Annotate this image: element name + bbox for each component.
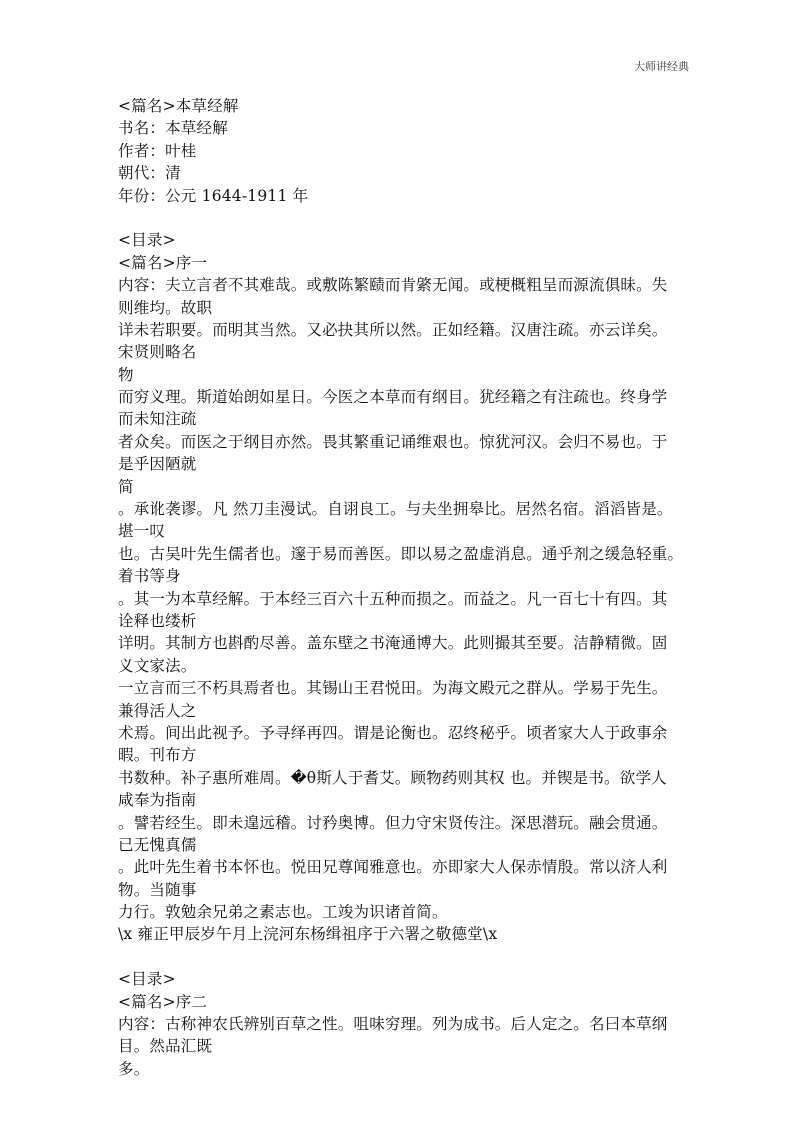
- spacer: [118, 946, 683, 968]
- text-line: 着书等身: [118, 565, 683, 587]
- text-line: 而未知注疏: [118, 408, 683, 430]
- text-line: 一立言而三不朽具焉者也。其锡山王君悦田。为海文殿元之群从。学易于先生。: [118, 677, 683, 699]
- text-line: 。此叶先生着书本怀也。悦田兄尊闻雅意也。亦即家大人保赤情殷。常以济人利: [118, 856, 683, 878]
- text-line: 已无愧真儒: [118, 834, 683, 856]
- text-line: 。譬若经生。即未遑远稽。讨矜奥博。但力守宋贤传注。深思潜玩。融会贯通。: [118, 812, 683, 834]
- meta-line: <篇名>本草经解: [118, 95, 683, 117]
- text-line: 书数种。补子惠所难周。�θ斯人于耆艾。顾物药则其权 也。并锲是书。欲学人: [118, 767, 683, 789]
- text-line: 简: [118, 476, 683, 498]
- text-line: 宋贤则略名: [118, 341, 683, 363]
- text-line: 而穷义理。斯道始朗如星日。今医之本草而有纲目。犹经籍之有注疏也。终身学: [118, 386, 683, 408]
- text-line: 兼得活人之: [118, 700, 683, 722]
- text-line: <目录>: [118, 229, 683, 251]
- text-line: 目。然品汇既: [118, 1035, 683, 1057]
- text-line: 内容：古称神农氏辨别百草之性。咀味穷理。列为成书。后人定之。名曰本草纲: [118, 1013, 683, 1035]
- text-line: 也。古吴叶先生儒者也。邃于易而善医。即以易之盈虚消息。通乎剂之缓急轻重。: [118, 543, 683, 565]
- page-header: 大师讲经典: [634, 58, 689, 74]
- text-line: 则维均。故职: [118, 297, 683, 319]
- text-line: 力行。敦勉余兄弟之素志也。工竣为识诸首简。: [118, 901, 683, 923]
- text-line: 内容：夫立言者不其难哉。或敷陈繁赜而肯綮无闻。或梗概粗呈而源流俱昧。失: [118, 274, 683, 296]
- spacer: [118, 207, 683, 229]
- text-line: 诠释也缕析: [118, 610, 683, 632]
- text-line: 物: [118, 364, 683, 386]
- book-metadata: <篇名>本草经解 书名：本草经解 作者：叶桂 朝代：清 年份：公元 1644-1…: [118, 95, 683, 207]
- document-body: <篇名>本草经解 书名：本草经解 作者：叶桂 朝代：清 年份：公元 1644-1…: [118, 95, 683, 1080]
- text-line: 暇。刊布方: [118, 744, 683, 766]
- meta-line: 作者：叶桂: [118, 140, 683, 162]
- text-line: 多。: [118, 1058, 683, 1080]
- text-line: 。其一为本草经解。于本经三百六十五种而损之。而益之。凡一百七十有四。其: [118, 588, 683, 610]
- preface-one: <目录><篇名>序一内容：夫立言者不其难哉。或敷陈繁赜而肯綮无闻。或梗概粗呈而源…: [118, 229, 683, 946]
- text-line: 咸奉为指南: [118, 789, 683, 811]
- meta-line: 年份：公元 1644-1911 年: [118, 185, 683, 207]
- text-line: 详未若职要。而明其当然。又必抉其所以然。正如经籍。汉唐注疏。亦云详矣。: [118, 319, 683, 341]
- meta-line: 朝代：清: [118, 162, 683, 184]
- text-line: 术焉。间出此视予。予寻绎再四。谓是论衡也。忍终秘乎。顷者家大人于政事余: [118, 722, 683, 744]
- text-line: <目录>: [118, 968, 683, 990]
- text-line: 堪一叹: [118, 520, 683, 542]
- text-line: 物。当随事: [118, 879, 683, 901]
- text-line: \x 雍正甲辰岁午月上浣河东杨缉祖序于六署之敬德堂\x: [118, 923, 683, 945]
- text-line: 义文家法。: [118, 655, 683, 677]
- text-line: 。承讹袭谬。凡 然刀圭漫试。自诩良工。与夫坐拥皋比。居然名宿。滔滔皆是。: [118, 498, 683, 520]
- text-line: 详明。其制方也斟酌尽善。盖东壁之书淹通博大。此则撮其至要。洁静精微。固: [118, 632, 683, 654]
- text-line: <篇名>序一: [118, 252, 683, 274]
- meta-line: 书名：本草经解: [118, 117, 683, 139]
- preface-two: <目录><篇名>序二内容：古称神农氏辨别百草之性。咀味穷理。列为成书。后人定之。…: [118, 968, 683, 1080]
- text-line: <篇名>序二: [118, 991, 683, 1013]
- text-line: 是乎因陋就: [118, 453, 683, 475]
- text-line: 者众矣。而医之于纲目亦然。畏其繁重记诵维艰也。惊犹河汉。会归不易也。于: [118, 431, 683, 453]
